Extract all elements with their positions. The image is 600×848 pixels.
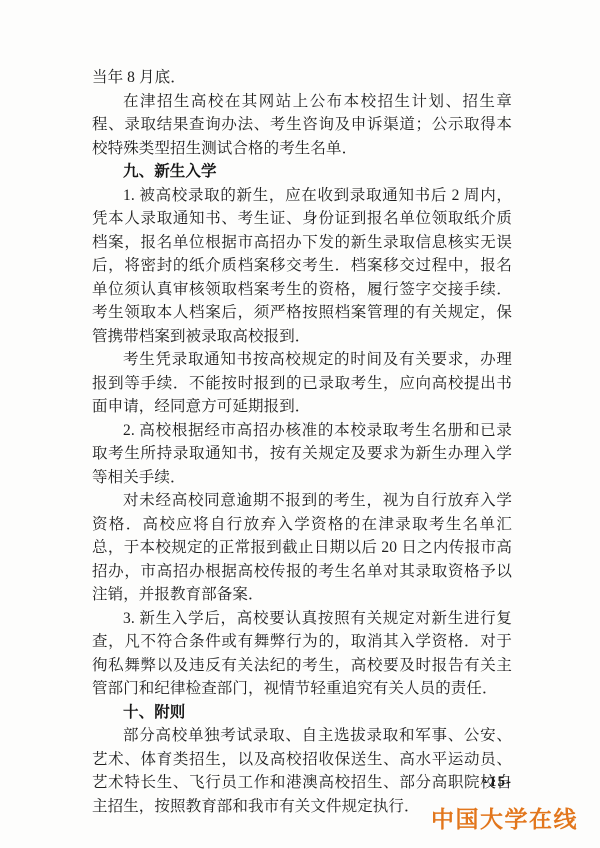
watermark: 中国大学在线	[431, 801, 578, 834]
document-page: 当年 8 月底． 在津招生高校在其网站上公布本校招生计划、招生章程、录取结果查询…	[0, 0, 600, 848]
page-number: -15-	[483, 774, 512, 791]
paragraph-item-2: 2. 高校根据经市高招办核准的本校录取考生名册和已录取考生所持录取通知书，按有关…	[92, 419, 512, 490]
section-heading-nine: 九、新生入学	[92, 160, 512, 184]
paragraph: 对未经高校同意逾期不报到的考生，视为自行放弃入学资格．高校应将自行放弃入学资格的…	[92, 489, 512, 607]
paragraph-item-1: 1. 被高校录取的新生，应在收到录取通知书后 2 周内，凭本人录取通知书、考生证…	[92, 184, 512, 349]
paragraph-continuation: 当年 8 月底．	[92, 66, 512, 90]
paragraph: 考生凭录取通知书按高校规定的时间及有关要求，办理报到等手续．不能按时报到的已录取…	[92, 348, 512, 419]
paragraph: 在津招生高校在其网站上公布本校招生计划、招生章程、录取结果查询办法、考生咨询及申…	[92, 90, 512, 161]
document-body: 当年 8 月底． 在津招生高校在其网站上公布本校招生计划、招生章程、录取结果查询…	[92, 66, 512, 818]
section-heading-ten: 十、附则	[92, 701, 512, 725]
paragraph-item-3: 3. 新生入学后，高校要认真按照有关规定对新生进行复查，凡不符合条件或有舞弊行为…	[92, 607, 512, 701]
